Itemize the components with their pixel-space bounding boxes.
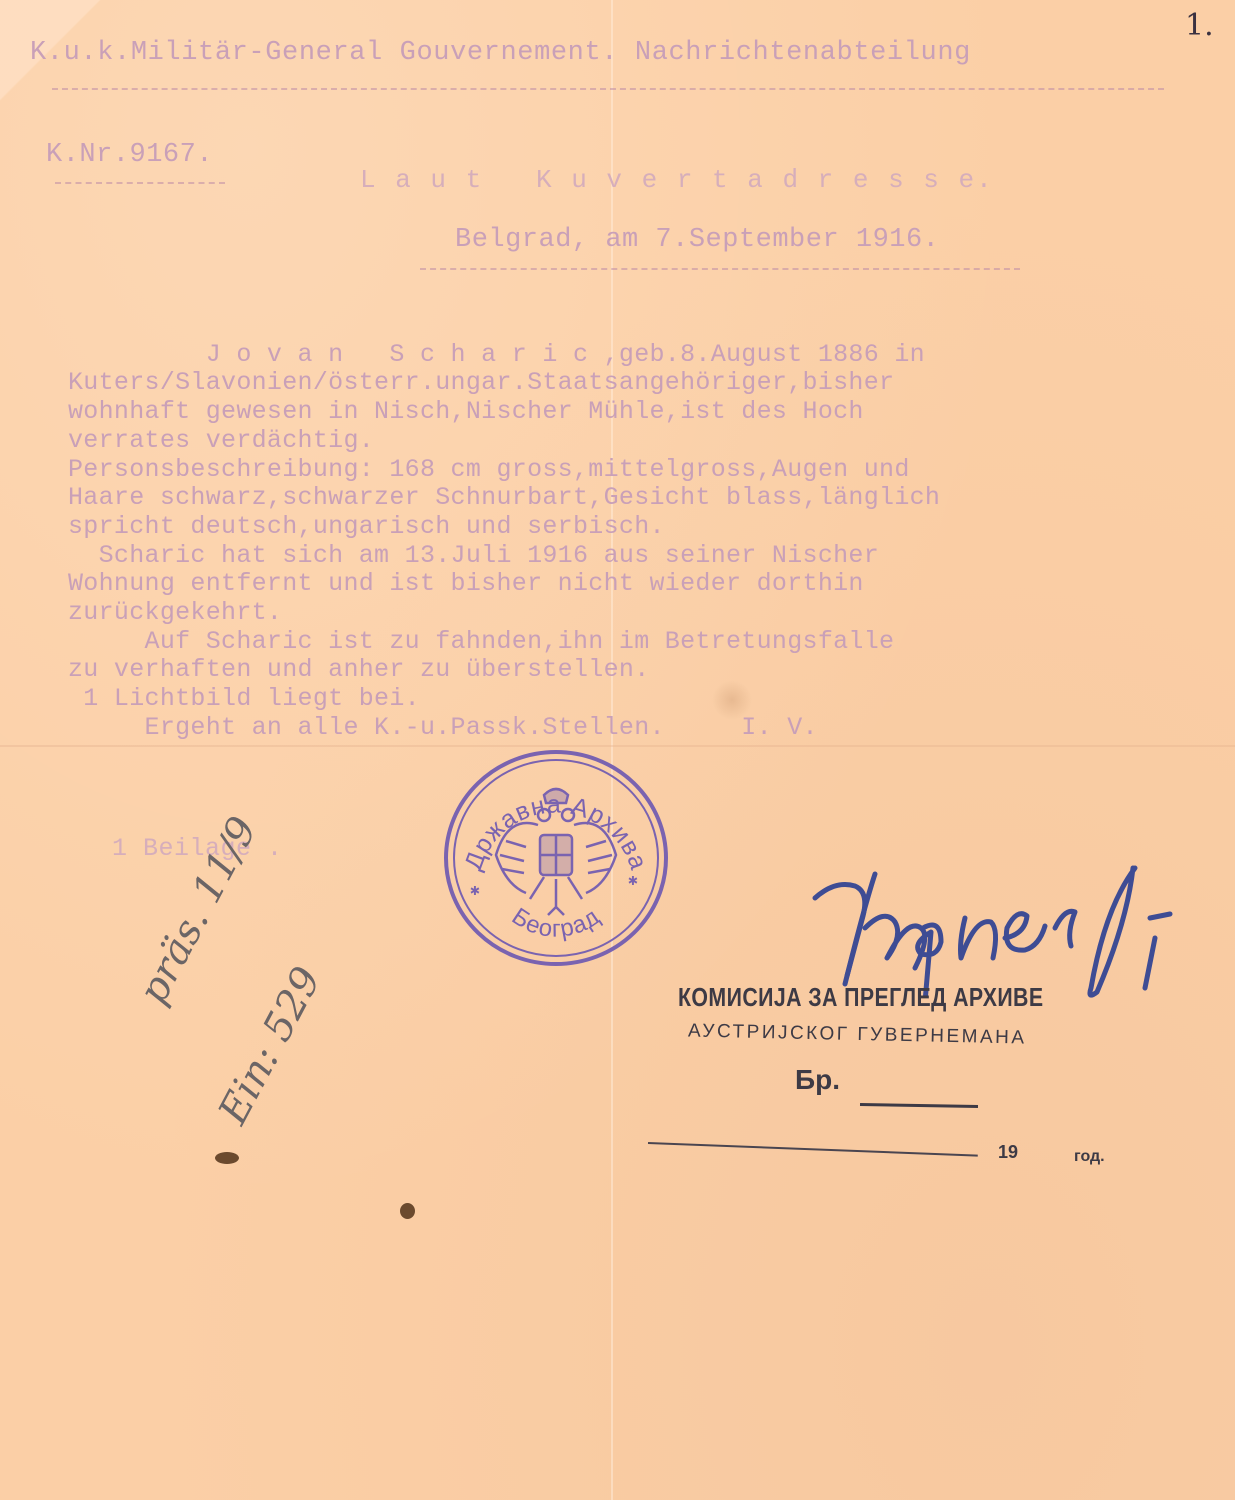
commission-date-blank: [648, 1142, 978, 1157]
body-line: spricht deutsch,ungarisch und serbisch.: [68, 513, 940, 542]
commission-number-blank: [860, 1103, 978, 1108]
body-line: 1 Lichtbild liegt bei.: [68, 685, 940, 714]
reference-rule: [55, 182, 225, 184]
body-line: Kuters/Slavonien/österr.ungar.Staatsange…: [68, 369, 940, 398]
svg-text:Београд: Београд: [507, 903, 605, 943]
ink-spot: [400, 1203, 415, 1219]
body-line: Ergeht an alle K.-u.Passk.Stellen. I. V.: [68, 714, 940, 743]
body-line: wohnhaft gewesen in Nisch,Nischer Mühle,…: [68, 398, 940, 427]
place-date: Belgrad, am 7.September 1916.: [455, 225, 939, 255]
body-line: Personsbeschreibung: 168 cm gross,mittel…: [68, 456, 940, 485]
commission-number-label: Бр.: [795, 1064, 840, 1096]
svg-text:✱: ✱: [470, 882, 480, 900]
date-rule: [420, 268, 1020, 270]
page-number: 1.: [1185, 8, 1214, 43]
letterhead: K.u.k.Militär-General Gouvernement. Nach…: [30, 38, 971, 68]
archive-stamp: Државна Архива Београд ✱ ✱: [440, 745, 672, 971]
ink-spot: [215, 1152, 239, 1164]
letter-body: J o v a n S c h a r i c ,geb.8.August 18…: [68, 312, 940, 771]
letterhead-rule: [52, 88, 1164, 90]
pencil-note-entry: Ein: 529: [210, 960, 331, 1132]
body-line: Wohnung entfernt und ist bisher nicht wi…: [68, 570, 940, 599]
body-line: zurückgekehrt.: [68, 599, 940, 628]
commission-stamp-subtitle: АУСТРИЈСКОГ ГУВЕРНЕМАНА: [688, 1020, 1027, 1049]
body-line: Scharic hat sich am 13.Juli 1916 aus sei…: [68, 542, 940, 571]
body-line: zu verhaften und anher zu überstellen.: [68, 656, 940, 685]
signature-scrawl-icon: Wagner: [805, 858, 1185, 998]
addressee-line: L a u t K u v e r t a d r e s s e.: [360, 165, 994, 195]
reference-number: K.Nr.9167.: [46, 140, 213, 170]
commission-stamp-title: КОМИСИЈА ЗА ПРЕГЛЕД АРХИВЕ: [678, 982, 1044, 1013]
commission-year-label: 19: [998, 1142, 1018, 1163]
commission-god-label: год.: [1074, 1148, 1105, 1166]
archive-stamp-seal-icon: Државна Архива Београд ✱ ✱: [440, 745, 672, 971]
body-line: Haare schwarz,schwarzer Schnurbart,Gesic…: [68, 484, 940, 513]
svg-text:✱: ✱: [628, 872, 638, 890]
body-line: J o v a n S c h a r i c ,geb.8.August 18…: [68, 341, 940, 370]
body-line: Auf Scharic ist zu fahnden,ihn im Betret…: [68, 628, 940, 657]
body-line: verrates verdächtig.: [68, 427, 940, 456]
